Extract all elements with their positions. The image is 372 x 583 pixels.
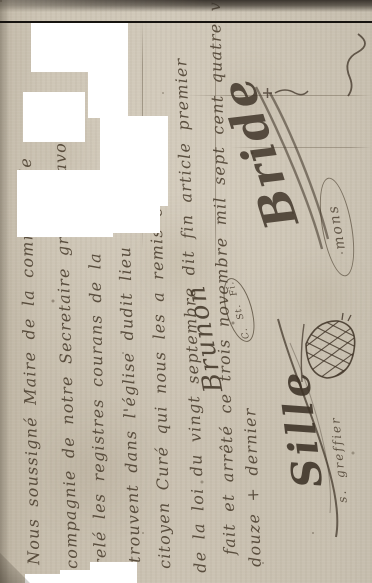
page-edge-shadow <box>0 0 10 583</box>
redaction-block <box>31 23 128 72</box>
flourish-curl-icon <box>328 28 372 98</box>
horizontal-rule-line <box>0 21 372 23</box>
redaction-block <box>17 170 113 237</box>
paper-grain-texture <box>0 0 372 583</box>
scan-edge-band <box>0 0 372 12</box>
manuscript-scan: Nous soussigné Maire de la commune de co… <box>0 0 372 583</box>
redaction-block <box>90 562 137 583</box>
redaction-block <box>88 72 128 118</box>
redaction-block <box>25 574 60 583</box>
redaction-block <box>60 570 90 583</box>
paper-crease <box>215 15 216 275</box>
redaction-block <box>23 92 85 142</box>
plus-tick-mark-icon <box>258 82 312 102</box>
paper-crease <box>230 147 372 148</box>
crosshatch-paraph-icon <box>296 312 362 386</box>
redaction-block <box>100 202 160 233</box>
